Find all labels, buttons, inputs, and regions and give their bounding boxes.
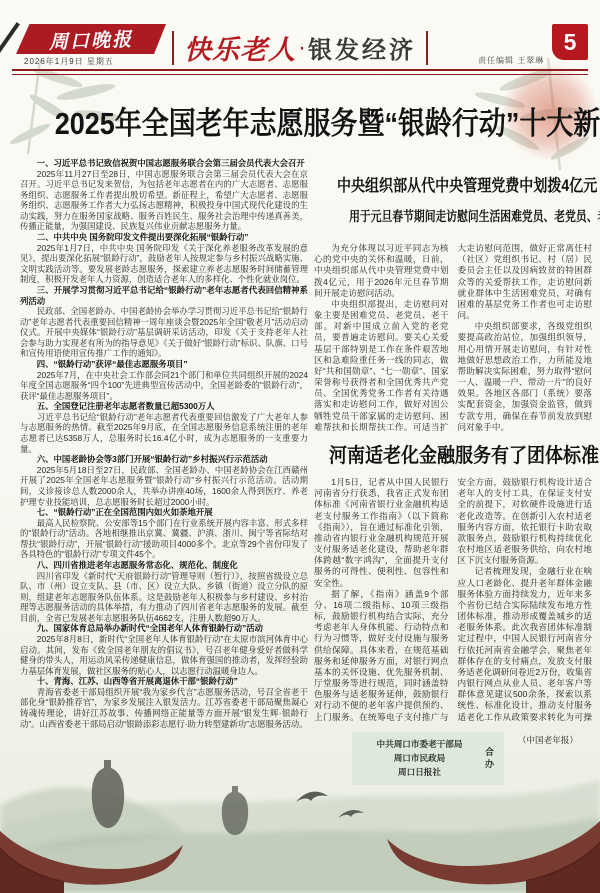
editor-credit: 责任编辑 王翠琳 bbox=[478, 55, 544, 66]
news-item-head: 六、中国老龄协会等3部门开展“银龄行动”乡村振兴行示范活动 bbox=[20, 454, 308, 465]
newspaper-page: 周口晚报 2026年1月9日 星期五 快乐老人·银发经济 责任编辑 王翠琳 5 … bbox=[0, 0, 600, 893]
news-item-head: 三、开展学习贯彻习近平总书记给“银龄行动”老年志愿者代表回信精神系列活动 bbox=[20, 285, 308, 306]
news-item-body: 2025年11月27日至28日，中国志愿服务联合会第三届会员代表大会在京召开。习… bbox=[20, 169, 308, 232]
section-title-red: 快乐老人 bbox=[184, 35, 296, 65]
header-rule bbox=[12, 69, 588, 75]
co-organized-label: 合办 bbox=[483, 747, 496, 771]
section-title-dot: · bbox=[298, 34, 306, 61]
paragraph: 1月5日，记者从中国人民银行河南省分行获悉，我省正式发布团体标准《河南省银行业金… bbox=[314, 477, 449, 589]
news-item-head: 二、中共中央 国务院印发文件提出要深化拓展“银龄行动” bbox=[20, 232, 308, 243]
news-item-body: 青海省委老干部局组织开展“我为家乡代言”志愿服务活动，号召全省老干部化身“银龄推… bbox=[20, 687, 308, 729]
co-organizer: 周口日报社 bbox=[360, 766, 479, 780]
paragraph: 中央组织部要求，各级党组织要提高政治站位，加强组织领导，用心用情开展走访慰问，有… bbox=[458, 321, 593, 433]
roof-eave-icon bbox=[0, 813, 185, 893]
article-headline: 河南适老化金融服务有了团体标准 bbox=[314, 439, 592, 469]
top-ten-news-article: 一、习近平总书记致信祝贺中国志愿服务联合会第三届会员代表大会召开 2025年11… bbox=[20, 158, 308, 754]
right-column: 中央组织部从代中央管理党费中划拨4亿元 用于元旦春节期间走访慰问生活困难党员、老… bbox=[314, 170, 592, 725]
co-organizers-box: 中共周口市委老干部局 周口市民政局 周口日报社 合办 bbox=[352, 732, 504, 785]
news-item-body: 2025年8月8日，新时代“全国老年人体育银龄行动”在太原市滨河体育中心启动。其… bbox=[20, 634, 308, 676]
news-item-head: 九、国家体育总局举办新时代“全国老年人体育银龄行动”活动 bbox=[20, 623, 308, 634]
news-item-head: 一、习近平总书记致信祝贺中国志愿服务联合会第三届会员代表大会召开 bbox=[20, 158, 308, 169]
news-item-head: 四、“银龄行动”获评“最佳志愿服务项目” bbox=[20, 359, 308, 370]
article-subheadline: 用于元旦春节期间走访慰问生活困难党员、老党员、老干部 bbox=[314, 200, 592, 228]
section-divider-bar bbox=[172, 31, 174, 65]
page-number-badge: 5 bbox=[552, 24, 588, 60]
section-title-black: 银发经济 bbox=[308, 37, 416, 64]
henan-finance-article: 河南适老化金融服务有了团体标准 1月5日，记者从中国人民银行河南省分行获悉，我省… bbox=[314, 439, 592, 725]
news-item-head: 五、全国登记注册老年志愿者数量已超5300万人 bbox=[20, 401, 308, 412]
news-item-body: 最高人民检察院、公安部等15个部门在行业系统开展内容丰富、形式多样的“银龄行动”… bbox=[20, 518, 308, 560]
section-divider-bar bbox=[426, 31, 428, 65]
article-source: （中国老年报） bbox=[518, 734, 578, 746]
news-item-body: 2025年5月18日至27日，民政部、全国老龄办、中国老龄协会在江西赣州开展了2… bbox=[20, 465, 308, 507]
co-organizer: 周口市民政局 bbox=[360, 752, 479, 766]
news-item-body: 四川省印发《新时代“天府银龄行动”管理导则（暂行）》，按照省级设立总队、市（州）… bbox=[20, 571, 308, 624]
swallow-icon bbox=[292, 786, 382, 828]
news-item-head: 七、“银龄行动”正在全国范围内如火如荼地开展 bbox=[20, 507, 308, 518]
paragraph: 为充分体现以习近平同志为核心的党中央的关怀和温暖，日前，中央组织部从代中央管理党… bbox=[314, 243, 449, 299]
article-body: 1月5日，记者从中国人民银行河南省分行获悉，我省正式发布团体标准《河南省银行业金… bbox=[314, 477, 592, 725]
roof-eave-icon bbox=[385, 801, 600, 893]
main-headline: 2025年全国老年志愿服务暨“银龄行动”十大新闻 bbox=[12, 98, 588, 143]
article-headline: 中央组织部从代中央管理党费中划拨4亿元 bbox=[314, 170, 592, 198]
co-organizer-names: 中共周口市委老干部局 周口市民政局 周口日报社 bbox=[360, 738, 479, 779]
mountain-ink-wash-icon bbox=[0, 735, 600, 893]
co-organizer: 中共周口市委老干部局 bbox=[360, 738, 479, 752]
vase-silhouette-icon bbox=[80, 760, 270, 835]
party-fee-article: 中央组织部从代中央管理党费中划拨4亿元 用于元旦春节期间走访慰问生活困难党员、老… bbox=[314, 170, 592, 435]
news-item-body: 民政部、全国老龄办、中国老龄协会举办学习贯彻习近平总书记给“银龄行动”老年志愿者… bbox=[20, 306, 308, 359]
news-item-body: 习近平总书记给“银龄行动”老年志愿者代表重要回信激发了广大老年人参与志愿服务的热… bbox=[20, 412, 308, 454]
news-item-body: 2025年1月7日，中共中央 国务院印发《关于深化养老服务改革发展的意见》，提出… bbox=[20, 243, 308, 285]
news-item-body: 2025年7月，在中央社会工作部会同21个部门和单位共同组织开展的2024年度全… bbox=[20, 370, 308, 402]
article-body: 为充分体现以习近平同志为核心的党中央的关怀和温暖，日前，中央组织部从代中央管理党… bbox=[314, 243, 592, 435]
news-item-head: 八、四川省推进老年志愿服务常态化、规范化、制度化 bbox=[20, 560, 308, 571]
news-item-head: 十、青海、江苏、山西等省开展离退休干部“银龄行动” bbox=[20, 676, 308, 687]
